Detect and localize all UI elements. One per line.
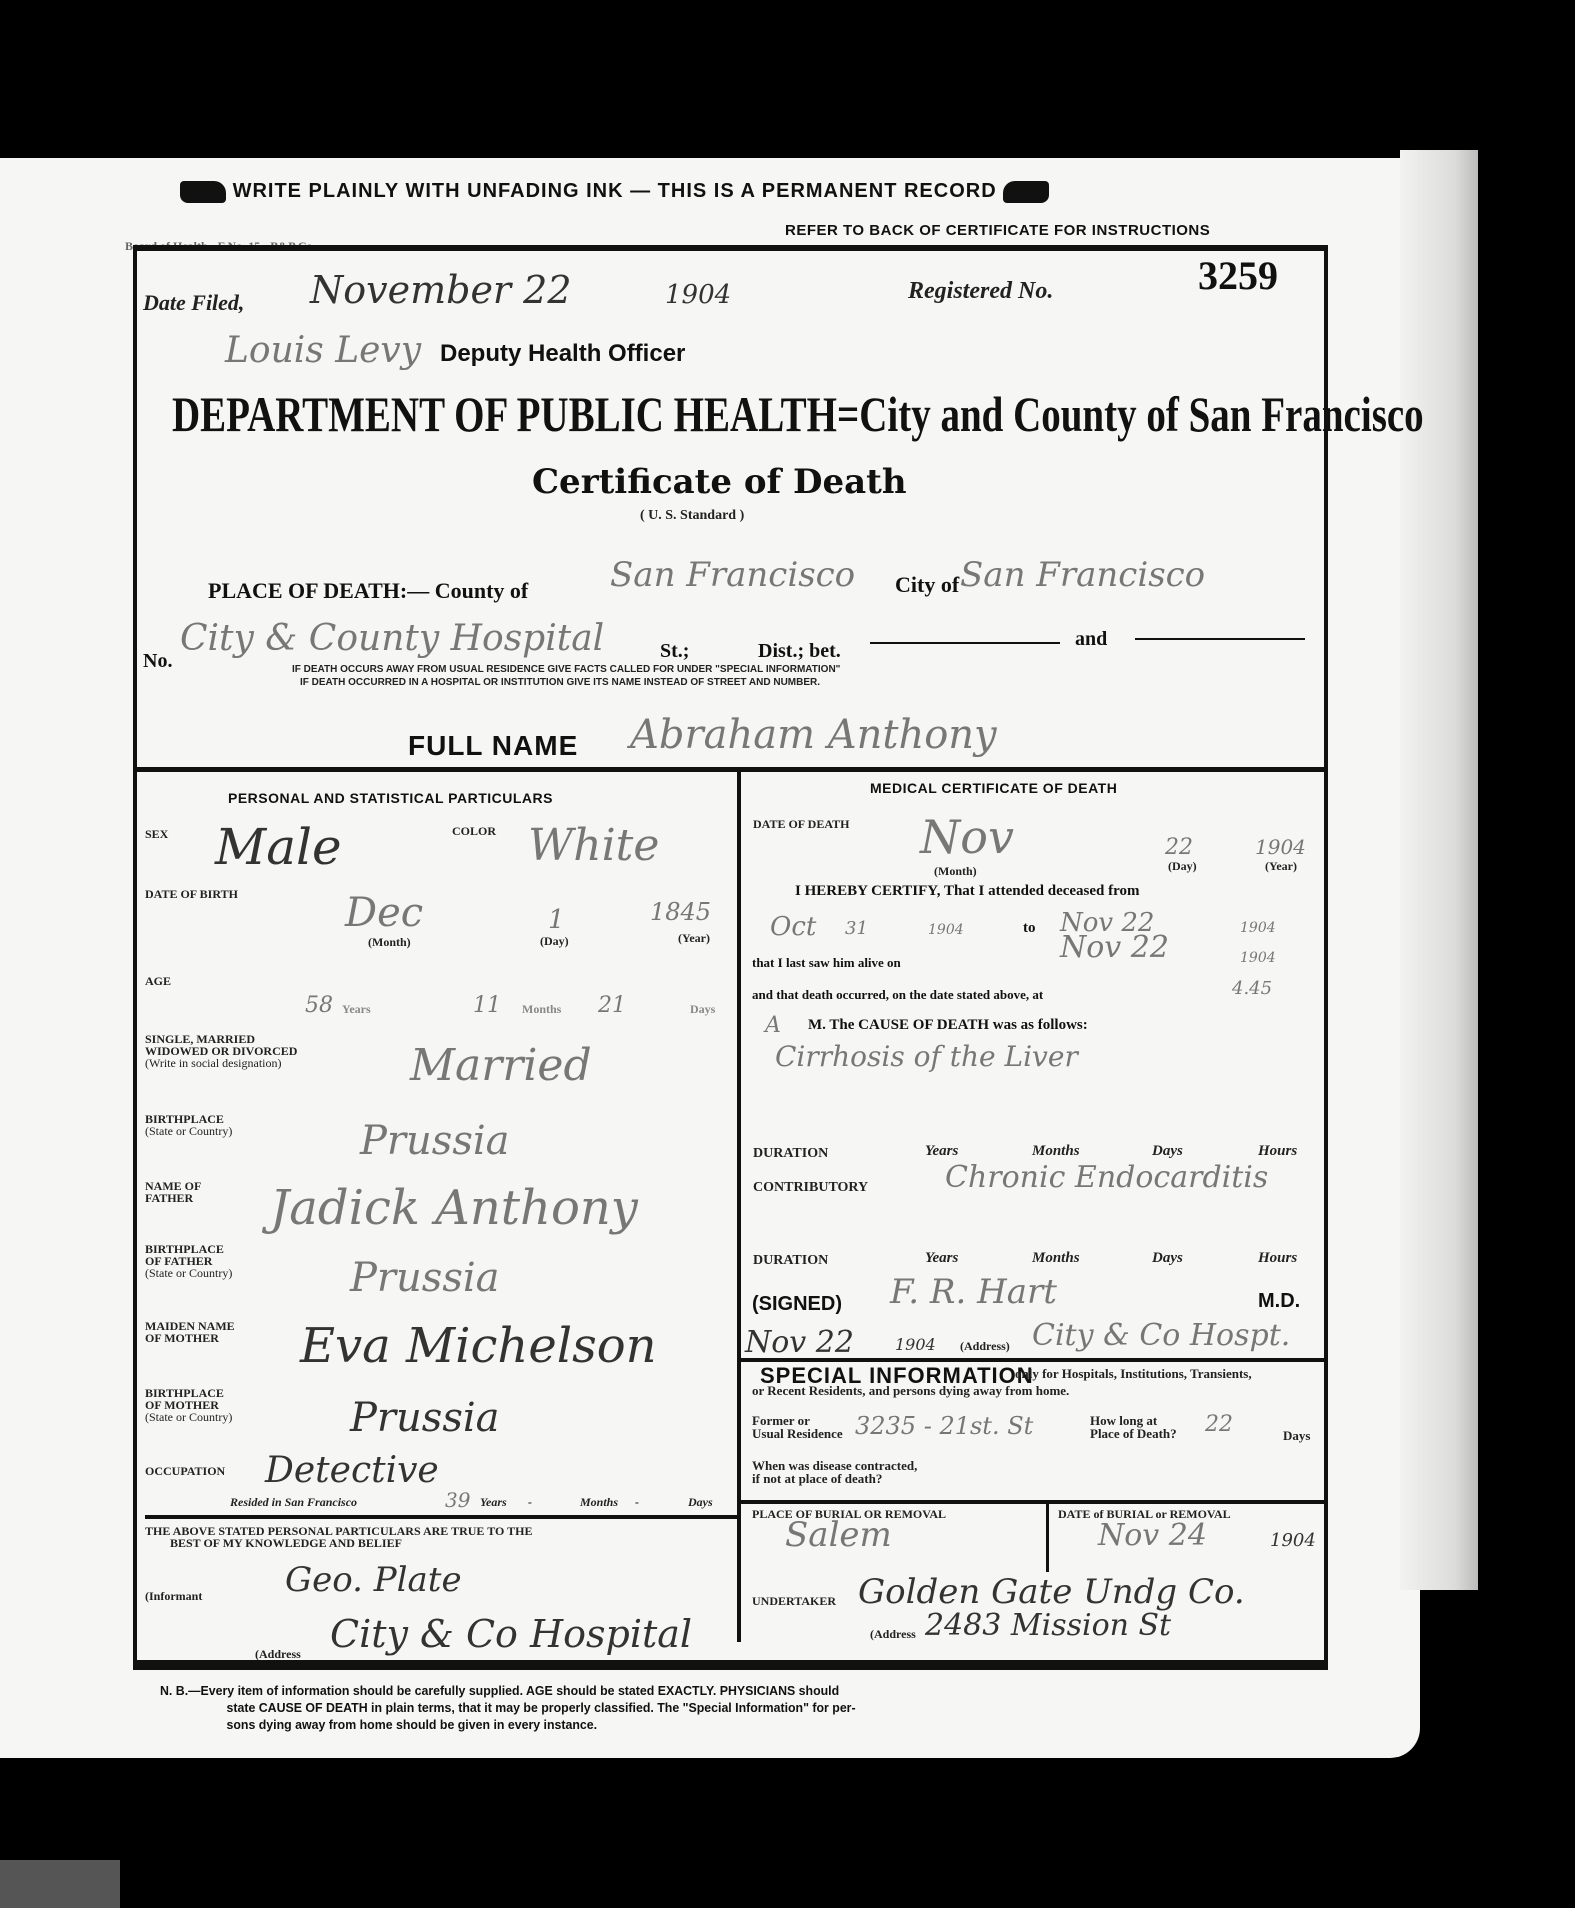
attended-from-year: 1904 (928, 922, 964, 938)
place-note-2: IF DEATH OCCURRED IN A HOSPITAL OR INSTI… (300, 677, 820, 689)
special-note-1: only for Hospitals, Institutions, Transi… (1015, 1368, 1252, 1380)
dob-label: DATE OF BIRTH (145, 888, 238, 900)
color-value: White (528, 820, 659, 871)
city-label: City of (895, 572, 959, 598)
section-divider (133, 767, 1328, 772)
full-name-value: Abraham Anthony (630, 712, 997, 758)
footnote-line-1: Every item of information should be care… (200, 1683, 839, 1698)
burial-date-value: Nov 24 (1098, 1518, 1207, 1553)
undertaker-value: Golden Gate Undg Co. (858, 1572, 1245, 1612)
registered-number: 3259 (1198, 252, 1278, 299)
last-saw-text: that I last saw him alive on (752, 955, 901, 971)
full-name-label: FULL NAME (408, 730, 578, 762)
attended-to-year: 1904 (1240, 920, 1276, 936)
resided-months-caption: Months (580, 1495, 618, 1510)
bottom-border (133, 1660, 1328, 1667)
and-label: and (1075, 628, 1107, 651)
age-days-caption: Days (690, 1003, 715, 1015)
duration-days-2: Days (1152, 1250, 1183, 1267)
birthplace-label-2: (State or Country) (145, 1125, 232, 1137)
dob-year-caption: (Year) (678, 932, 710, 944)
location-value: City & County Hospital (180, 618, 604, 659)
age-years: 58 (305, 993, 333, 1018)
place-of-death-label: PLACE OF DEATH:— County of (208, 578, 528, 604)
duration-label-1: DURATION (753, 1148, 828, 1160)
date-filed-label: Date Filed, (143, 290, 244, 316)
contracted-label-2: if not at place of death? (752, 1473, 882, 1485)
registered-label: Registered No. (908, 278, 1053, 305)
date-filed-year: 1904 (665, 280, 731, 310)
last-saw-date: Nov 22 (1060, 930, 1169, 965)
occurred-text: and that death occurred, on the date sta… (752, 987, 1043, 1003)
special-note-2: or Recent Residents, and persons dying a… (752, 1385, 1069, 1397)
physician-address: City & Co Hospt. (1032, 1318, 1290, 1353)
burial-place-value: Salem (785, 1515, 892, 1555)
age-label: AGE (145, 975, 171, 987)
occupation-value: Detective (265, 1450, 439, 1491)
pointing-hand-icon (1003, 181, 1049, 203)
city-value: San Francisco (960, 555, 1205, 595)
undertaker-label: UNDERTAKER (752, 1595, 836, 1607)
informant-address: City & Co Hospital (330, 1612, 692, 1656)
burial-year-value: 1904 (1270, 1530, 1316, 1551)
certify-text: I HEREBY CERTIFY, That I attended deceas… (795, 883, 1140, 900)
dist-line (870, 642, 1060, 644)
duration-hours-2: Hours (1258, 1250, 1297, 1267)
burial-column-divider (1046, 1502, 1049, 1572)
medical-heading: MEDICAL CERTIFICATE OF DEATH (870, 780, 1117, 796)
undertaker-address: 2483 Mission St (925, 1608, 1171, 1643)
duration-label-2: DURATION (753, 1255, 828, 1267)
personal-heading: PERSONAL AND STATISTICAL PARTICULARS (228, 790, 553, 806)
banner: WRITE PLAINLY WITH UNFADING INK — THIS I… (180, 180, 1049, 203)
ledger-page-edges (1400, 150, 1478, 1590)
date-of-death-year: 1904 (1255, 835, 1306, 859)
officer-title: Deputy Health Officer (440, 340, 685, 368)
sex-value: Male (215, 818, 342, 876)
duration-months-2: Months (1032, 1250, 1080, 1267)
contributory-label: CONTRIBUTORY (753, 1182, 868, 1194)
certificate-title: Certificate of Death (532, 462, 907, 502)
physician-address-label: (Address) (960, 1340, 1010, 1352)
mother-label-2: OF MOTHER (145, 1332, 219, 1344)
duration-hours-1: Hours (1258, 1143, 1297, 1160)
duration-months-1: Months (1032, 1143, 1080, 1160)
age-months-caption: Months (522, 1003, 561, 1015)
marital-label-3: (Write in social designation) (145, 1057, 281, 1069)
scan-artifact (0, 1860, 120, 1908)
dob-year: 1845 (650, 898, 711, 926)
banner-text: WRITE PLAINLY WITH UNFADING INK — THIS I… (233, 180, 997, 202)
special-divider (741, 1358, 1328, 1362)
footnote-prefix: N. B.— (160, 1683, 200, 1698)
dob-month: Dec (345, 890, 423, 936)
time-of-death: 4.45 (1232, 978, 1272, 999)
no-label: No. (143, 650, 172, 673)
undertaker-address-label: (Address (870, 1628, 916, 1640)
mother-value: Eva Michelson (300, 1318, 657, 1374)
age-months: 11 (473, 993, 501, 1018)
signed-label: (SIGNED) (752, 1293, 842, 1316)
resided-days: - (635, 1495, 639, 1510)
md-label: M.D. (1258, 1290, 1300, 1313)
department-heading: DEPARTMENT OF PUBLIC HEALTH=City and Cou… (172, 385, 1424, 443)
resided-years-caption: Years (480, 1495, 507, 1510)
cause-text: M. The CAUSE OF DEATH was as follows: (808, 1017, 1088, 1034)
duration-years-1: Years (925, 1143, 958, 1160)
mother-birthplace-label-3: (State or Country) (145, 1411, 232, 1423)
resided-label: Resided in San Francisco (230, 1495, 357, 1510)
informant-label: (Informant (145, 1590, 202, 1602)
burial-divider (741, 1500, 1328, 1504)
dist-label: Dist.; bet. (758, 640, 841, 663)
date-filed-value: November 22 (310, 268, 572, 312)
sex-label: SEX (145, 828, 168, 840)
certificate-subtitle: ( U. S. Standard ) (640, 510, 744, 522)
dod-day-caption: (Day) (1168, 860, 1197, 872)
how-long-value: 22 (1205, 1412, 1233, 1437)
residence-label-2: Usual Residence (752, 1428, 843, 1440)
contributory-cause: Chronic Endocarditis (945, 1160, 1268, 1195)
date-of-death-label: DATE OF DEATH (753, 818, 849, 830)
resided-years: 39 (445, 1488, 470, 1512)
physician-signature: F. R. Hart (890, 1272, 1057, 1312)
duration-years-2: Years (925, 1250, 958, 1267)
pointing-hand-icon (180, 181, 226, 203)
attended-from-day: 31 (845, 918, 868, 939)
footnote-line-3: sons dying away from home should be give… (160, 1717, 597, 1732)
column-divider (737, 772, 741, 1642)
county-value: San Francisco (610, 555, 855, 595)
birthplace-value: Prussia (360, 1118, 510, 1164)
age-years-caption: Years (342, 1003, 371, 1015)
date-of-death-day: 22 (1165, 835, 1193, 860)
instructions-note: REFER TO BACK OF CERTIFICATE FOR INSTRUC… (785, 222, 1210, 239)
date-of-death-month: Nov (920, 810, 1014, 864)
resided-months: - (528, 1495, 532, 1510)
officer-signature: Louis Levy (225, 330, 421, 371)
to-label: to (1023, 920, 1036, 937)
father-value: Jadick Anthony (270, 1180, 638, 1236)
st-label: St.; (660, 640, 689, 663)
dob-day-caption: (Day) (540, 935, 569, 947)
dod-month-caption: (Month) (934, 865, 977, 877)
informant-name: Geo. Plate (285, 1560, 462, 1600)
cause-of-death: Cirrhosis of the Liver (775, 1040, 1078, 1073)
color-label: COLOR (452, 825, 496, 837)
dob-month-caption: (Month) (368, 936, 411, 948)
place-note-1: IF DEATH OCCURS AWAY FROM USUAL RESIDENC… (292, 664, 840, 676)
marital-value: Married (410, 1040, 592, 1091)
age-days: 21 (598, 993, 626, 1018)
how-long-unit: Days (1283, 1430, 1310, 1442)
residence-value: 3235 - 21st. St (855, 1412, 1033, 1440)
and-line (1135, 638, 1305, 640)
attended-from-month: Oct (770, 912, 816, 942)
father-label-2: FATHER (145, 1192, 193, 1204)
father-birthplace-value: Prussia (350, 1255, 500, 1301)
occupation-label: OCCUPATION (145, 1465, 225, 1477)
resided-days-caption: Days (688, 1495, 713, 1510)
duration-days-1: Days (1152, 1143, 1183, 1160)
informant-address-label: (Address (255, 1648, 301, 1660)
informant-divider (145, 1515, 737, 1519)
informant-statement-2: BEST OF MY KNOWLEDGE AND BELIEF (170, 1537, 402, 1549)
last-saw-year: 1904 (1240, 950, 1276, 966)
signed-year: 1904 (895, 1335, 936, 1354)
dod-year-caption: (Year) (1265, 860, 1297, 872)
father-birthplace-label-3: (State or Country) (145, 1267, 232, 1279)
footnote-line-2: state CAUSE OF DEATH in plain terms, tha… (160, 1700, 856, 1715)
meridiem: A (765, 1013, 781, 1038)
how-long-label-2: Place of Death? (1090, 1428, 1177, 1440)
footnote: N. B.—Every item of information should b… (160, 1682, 856, 1733)
mother-birthplace-value: Prussia (350, 1395, 500, 1441)
signed-date: Nov 22 (745, 1325, 854, 1360)
dob-day: 1 (548, 905, 565, 935)
